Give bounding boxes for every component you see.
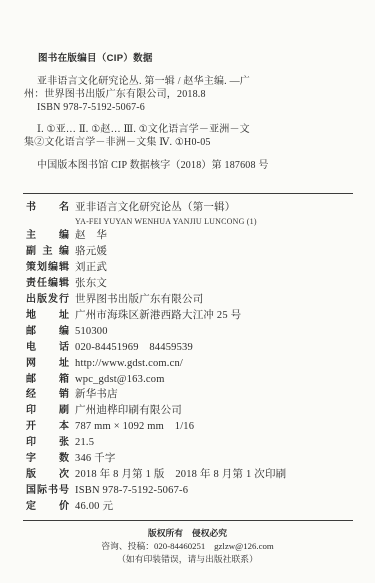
row-value: 787 mm × 1092 mm 1/16 bbox=[75, 419, 194, 435]
table-row-price: 定价 46.00 元 bbox=[26, 499, 355, 515]
row-label: 国际书号 bbox=[26, 483, 69, 499]
row-value: 亚非语言文化研究论丛（第一辑） bbox=[75, 200, 236, 216]
row-value: 020-84451969 84459539 bbox=[75, 340, 193, 356]
row-label: 出版发行 bbox=[26, 292, 69, 308]
contact-line: 咨询、投稿：020-84460251 gzlzw@126.com bbox=[0, 540, 375, 553]
row-label: 网址 bbox=[26, 356, 69, 372]
table-row-title: 书名 亚非语言文化研究论丛（第一辑） bbox=[26, 200, 355, 216]
cip-classification-line1: Ⅰ. ①亚… Ⅱ. ①赵… Ⅲ. ①文化语言学－亚洲－文 bbox=[24, 123, 352, 136]
row-value: 新华书店 bbox=[75, 387, 118, 403]
row-value: 46.00 元 bbox=[75, 499, 113, 515]
table-row-distributor: 经销 新华书店 bbox=[26, 387, 355, 403]
row-value: 赵 华 bbox=[75, 228, 107, 244]
row-label: 策划编辑 bbox=[26, 260, 69, 276]
row-value: 世界图书出版广东有限公司 bbox=[75, 292, 203, 308]
top-divider bbox=[23, 193, 353, 194]
copyright-notice: 版权所有 侵权必究 bbox=[0, 527, 375, 540]
cip-classification: Ⅰ. ①亚… Ⅱ. ①赵… Ⅲ. ①文化语言学－亚洲－文 集②文化语言学－非洲－… bbox=[24, 123, 352, 149]
row-label: 开本 bbox=[26, 419, 69, 435]
table-row-printer: 印刷 广州迪桦印刷有限公司 bbox=[26, 403, 355, 419]
table-row-postcode: 邮编 510300 bbox=[26, 324, 355, 340]
row-value: 广州市海珠区新港西路大江冲 25 号 bbox=[75, 308, 241, 324]
table-row-edition: 版次 2018 年 8 月第 1 版 2018 年 8 月第 1 次印刷 bbox=[26, 467, 355, 483]
table-row-sheets: 印张 21.5 bbox=[26, 435, 355, 451]
row-label: 地址 bbox=[26, 308, 69, 324]
row-value: 骆元媛 bbox=[75, 244, 107, 260]
row-label: 印张 bbox=[26, 435, 69, 451]
row-label: 字数 bbox=[26, 451, 69, 467]
copyright-page: 图书在版编目（CIP）数据 亚非语言文化研究论丛. 第一辑 / 赵华主编. —广… bbox=[0, 0, 375, 583]
row-label: 定价 bbox=[26, 499, 69, 515]
table-row-email: 邮箱 wpc_gdst@163.com bbox=[26, 372, 355, 388]
table-row-website: 网址 http://www.gdst.com.cn/ bbox=[26, 356, 355, 372]
row-label: 邮箱 bbox=[26, 372, 69, 388]
table-row-deputy-editor: 副主编 骆元媛 bbox=[26, 244, 355, 260]
row-label: 书名 bbox=[26, 200, 69, 216]
row-label: 印刷 bbox=[26, 403, 69, 419]
row-label: 责任编辑 bbox=[26, 276, 69, 292]
cip-classification-line2: 集②文化语言学－非洲－文集 Ⅳ. ①H0-05 bbox=[24, 136, 352, 149]
row-value: 刘正武 bbox=[75, 260, 107, 276]
row-value: 张东文 bbox=[75, 276, 107, 292]
row-value: 广州迪桦印刷有限公司 bbox=[75, 403, 182, 419]
table-row-address: 地址 广州市海珠区新港西路大江冲 25 号 bbox=[26, 308, 355, 324]
cip-record-number: 中国版本图书馆 CIP 数据核字（2018）第 187608 号 bbox=[24, 159, 352, 172]
row-label: 主编 bbox=[26, 228, 69, 244]
table-row-chief-editor: 主编 赵 华 bbox=[26, 228, 355, 244]
table-row-telephone: 电话 020-84451969 84459539 bbox=[26, 340, 355, 356]
misprint-note: （如有印装错误，请与出版社联系） bbox=[0, 553, 375, 566]
row-value: http://www.gdst.com.cn/ bbox=[75, 356, 183, 372]
cip-description: 亚非语言文化研究论丛. 第一辑 / 赵华主编. —广 州：世界图书出版广东有限公… bbox=[24, 75, 352, 114]
table-row-planning-editor: 策划编辑 刘正武 bbox=[26, 260, 355, 276]
row-label: 版次 bbox=[26, 467, 69, 483]
row-label: 电话 bbox=[26, 340, 69, 356]
row-value: ISBN 978-7-5192-5067-6 bbox=[75, 483, 188, 499]
row-value: 510300 bbox=[75, 324, 108, 340]
cip-description-line2: 州：世界图书出版广东有限公司，2018.8 bbox=[24, 88, 352, 101]
publication-info-table: 书名 亚非语言文化研究论丛（第一辑） YA-FEI YUYAN WENHUA Y… bbox=[26, 200, 355, 515]
table-row-format: 开本 787 mm × 1092 mm 1/16 bbox=[26, 419, 355, 435]
cip-isbn-line: ISBN 978-7-5192-5067-6 bbox=[24, 101, 352, 114]
table-row-isbn: 国际书号 ISBN 978-7-5192-5067-6 bbox=[26, 483, 355, 499]
cip-header: 图书在版编目（CIP）数据 bbox=[38, 50, 352, 64]
table-row-publisher: 出版发行 世界图书出版广东有限公司 bbox=[26, 292, 355, 308]
row-value: wpc_gdst@163.com bbox=[75, 372, 165, 388]
bottom-divider bbox=[23, 520, 353, 521]
row-label: 副主编 bbox=[26, 244, 69, 260]
table-row-responsible-editor: 责任编辑 张东文 bbox=[26, 276, 355, 292]
table-row-word-count: 字数 346 千字 bbox=[26, 451, 355, 467]
footer: 版权所有 侵权必究 咨询、投稿：020-84460251 gzlzw@126.c… bbox=[0, 527, 375, 566]
row-value: 346 千字 bbox=[75, 451, 116, 467]
row-value: 21.5 bbox=[75, 435, 94, 451]
title-pinyin: YA-FEI YUYAN WENHUA YANJIU LUNCONG (1) bbox=[75, 216, 355, 229]
row-label: 经销 bbox=[26, 387, 69, 403]
cip-section: 图书在版编目（CIP）数据 亚非语言文化研究论丛. 第一辑 / 赵华主编. —广… bbox=[0, 0, 375, 172]
row-label: 邮编 bbox=[26, 324, 69, 340]
cip-description-line1: 亚非语言文化研究论丛. 第一辑 / 赵华主编. —广 bbox=[24, 75, 352, 88]
row-value: 2018 年 8 月第 1 版 2018 年 8 月第 1 次印刷 bbox=[75, 467, 286, 483]
